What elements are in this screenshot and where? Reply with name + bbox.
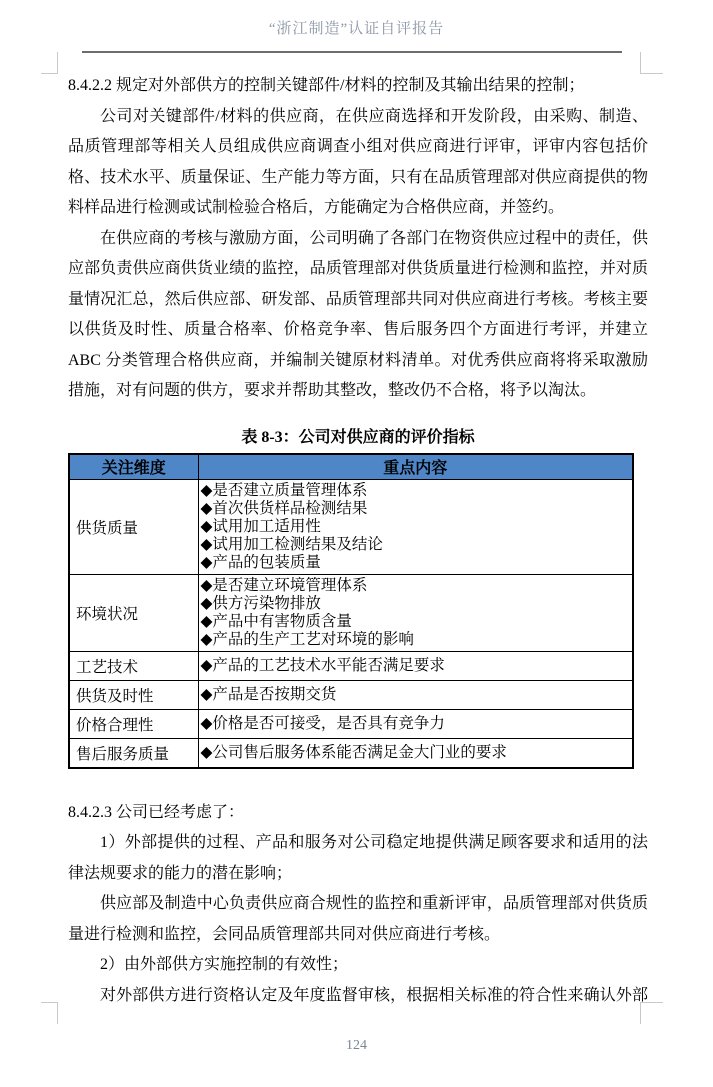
diamond-bullet-icon: ◆ xyxy=(201,595,213,612)
dimension-cell: 价格合理性 xyxy=(69,709,198,738)
text-boundary-mark-bottom-left-vertical xyxy=(57,1002,58,1024)
content-cell: ◆公司售后服务体系能否满足金大门业的要求 xyxy=(198,738,633,768)
content-cell: ◆是否建立质量管理体系◆首次供货样品检测结果◆试用加工适用性◆试用加工检测结果及… xyxy=(198,479,633,574)
diamond-bullet-icon: ◆ xyxy=(201,715,213,732)
bullet-item: ◆首次供货样品检测结果 xyxy=(201,500,631,518)
text-line: 料样品进行检测或试制检验合格后，方能确定为合格供应商，并签约。 xyxy=(68,193,648,224)
table-header-content: 重点内容 xyxy=(198,454,633,480)
text-line: 8.4.2.2 规定对外部供方的控制关键部件/材料的控制及其输出结果的控制； xyxy=(68,71,648,102)
page-number: 124 xyxy=(346,1038,367,1053)
text-line: 量进行检测和监控，会同品质管理部共同对供应商进行考核。 xyxy=(68,920,648,951)
diamond-bullet-icon: ◆ xyxy=(201,500,213,517)
page-footer: 124 xyxy=(0,1038,713,1054)
bullet-item: ◆产品的生产工艺对环境的影响 xyxy=(201,631,631,649)
bullet-item: ◆产品中有害物质含量 xyxy=(201,613,631,631)
diamond-bullet-icon: ◆ xyxy=(201,613,213,630)
bullet-item: ◆是否建立环境管理体系 xyxy=(201,577,631,595)
content-cell: ◆是否建立环境管理体系◆供方污染物排放◆产品中有害物质含量◆产品的生产工艺对环境… xyxy=(198,574,633,651)
diamond-bullet-icon: ◆ xyxy=(201,577,213,594)
text-line: 品质管理部等相关人员组成供应商调查小组对供应商进行评审，评审内容包括价 xyxy=(68,132,648,163)
dimension-cell: 工艺技术 xyxy=(69,651,198,680)
diamond-bullet-icon: ◆ xyxy=(201,482,213,499)
table-row: 售后服务质量◆公司售后服务体系能否满足金大门业的要求 xyxy=(69,738,633,768)
section-8-4-2-3: 8.4.2.3 公司已经考虑了：1）外部提供的过程、产品和服务对公司稳定地提供满… xyxy=(68,798,648,1012)
text-line: 量情况汇总，然后供应部、研发部、品质管理部共同对供应商进行考核。考核主要 xyxy=(68,285,648,316)
bullet-item: ◆产品是否按期交货 xyxy=(201,686,631,704)
diamond-bullet-icon: ◆ xyxy=(201,518,213,535)
text-line: 1）外部提供的过程、产品和服务对公司稳定地提供满足顾客要求和适用的法 xyxy=(68,828,648,859)
header-title: “浙江制造”认证自评报告 xyxy=(0,17,713,38)
diamond-bullet-icon: ◆ xyxy=(201,631,213,648)
diamond-bullet-icon: ◆ xyxy=(201,536,213,553)
text-line: 2）由外部供方实施控制的有效性； xyxy=(68,950,648,981)
bullet-item: ◆供方污染物排放 xyxy=(201,595,631,613)
bullet-item: ◆产品的包装质量 xyxy=(201,554,631,572)
header-rule xyxy=(82,51,622,53)
dimension-cell: 环境状况 xyxy=(69,574,198,651)
content-cell: ◆产品是否按期交货 xyxy=(198,680,633,709)
bullet-item: ◆试用加工适用性 xyxy=(201,518,631,536)
document-page: “浙江制造”认证自评报告 8.4.2.2 规定对外部供方的控制关键部件/材料的控… xyxy=(0,0,713,1087)
dimension-cell: 供货质量 xyxy=(69,479,198,574)
text-line: 措施，对有问题的供方，要求并帮助其整改，整改仍不合格，将予以淘汰。 xyxy=(68,376,648,407)
bullet-item: ◆公司售后服务体系能否满足金大门业的要求 xyxy=(201,744,631,762)
diamond-bullet-icon: ◆ xyxy=(201,657,213,674)
bullet-item: ◆是否建立质量管理体系 xyxy=(201,482,631,500)
text-line: 8.4.2.3 公司已经考虑了： xyxy=(68,798,648,829)
table-row: 供货质量◆是否建立质量管理体系◆首次供货样品检测结果◆试用加工适用性◆试用加工检… xyxy=(69,479,633,574)
text-boundary-mark-top-left-vertical xyxy=(57,52,58,74)
content-cell: ◆产品的工艺技术水平能否满足要求 xyxy=(198,651,633,680)
diamond-bullet-icon: ◆ xyxy=(201,554,213,571)
text-line: 对外部供方进行资格认定及年度监督审核，根据相关标准的符合性来确认外部 xyxy=(68,981,648,1012)
text-line: 应部负责供应商供货业绩的监控，品质管理部对供货质量进行检测和监控，并对质 xyxy=(68,254,648,285)
section-8-4-2-2: 8.4.2.2 规定对外部供方的控制关键部件/材料的控制及其输出结果的控制；公司… xyxy=(68,71,648,407)
bullet-item: ◆产品的工艺技术水平能否满足要求 xyxy=(201,657,631,675)
table-caption: 表 8-3：公司对供应商的评价指标 xyxy=(68,427,648,449)
dimension-cell: 供货及时性 xyxy=(69,680,198,709)
table-row: 供货及时性◆产品是否按期交货 xyxy=(69,680,633,709)
text-line: 以供货及时性、质量合格率、价格竞争率、售后服务四个方面进行考评，并建立 xyxy=(68,315,648,346)
bullet-item: ◆价格是否可接受，是否具有竞争力 xyxy=(201,715,631,733)
table-row: 工艺技术◆产品的工艺技术水平能否满足要求 xyxy=(69,651,633,680)
table-header-dimension: 关注维度 xyxy=(69,454,198,480)
table-header-row: 关注维度 重点内容 xyxy=(69,454,633,480)
document-content: 8.4.2.2 规定对外部供方的控制关键部件/材料的控制及其输出结果的控制；公司… xyxy=(68,71,648,1011)
text-line: 律法规要求的能力的潜在影响； xyxy=(68,859,648,890)
supplier-evaluation-table: 关注维度 重点内容 供货质量◆是否建立质量管理体系◆首次供货样品检测结果◆试用加… xyxy=(68,453,634,769)
text-boundary-mark-bottom-left-horizontal xyxy=(41,1002,58,1003)
content-cell: ◆价格是否可接受，是否具有竞争力 xyxy=(198,709,633,738)
table-row: 环境状况◆是否建立环境管理体系◆供方污染物排放◆产品中有害物质含量◆产品的生产工… xyxy=(69,574,633,651)
dimension-cell: 售后服务质量 xyxy=(69,738,198,768)
text-line: 供应部及制造中心负责供应商合规性的监控和重新评审，品质管理部对供货质 xyxy=(68,889,648,920)
text-boundary-mark-top-left-horizontal xyxy=(41,73,58,74)
text-line: 格、技术水平、质量保证、生产能力等方面，只有在品质管理部对供应商提供的物 xyxy=(68,163,648,194)
table-row: 价格合理性◆价格是否可接受，是否具有竞争力 xyxy=(69,709,633,738)
diamond-bullet-icon: ◆ xyxy=(201,686,213,703)
diamond-bullet-icon: ◆ xyxy=(201,744,213,761)
bullet-item: ◆试用加工检测结果及结论 xyxy=(201,536,631,554)
text-line: ABC 分类管理合格供应商，并编制关键原材料清单。对优秀供应商将将采取激励 xyxy=(68,346,648,377)
text-line: 在供应商的考核与激励方面，公司明确了各部门在物资供应过程中的责任，供 xyxy=(68,224,648,255)
text-line: 公司对关键部件/材料的供应商，在供应商选择和开发阶段，由采购、制造、 xyxy=(68,102,648,133)
